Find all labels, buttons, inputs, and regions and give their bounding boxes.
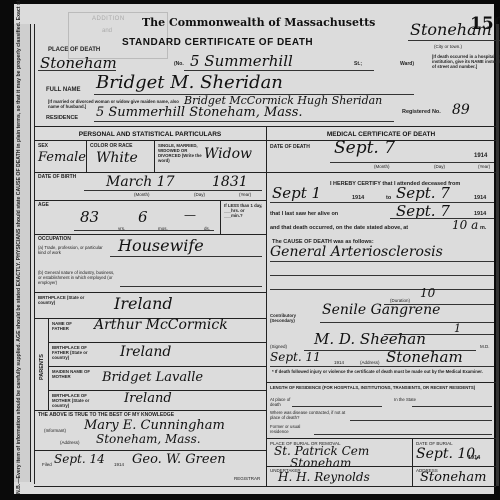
divider — [266, 172, 496, 173]
underline — [330, 162, 494, 163]
underline — [408, 40, 500, 41]
undertaker-value: H. H. Reynolds — [278, 470, 370, 484]
frame-left — [34, 24, 35, 484]
informant-label: (Informant) — [44, 428, 66, 434]
underline — [320, 322, 494, 323]
full-name-value: Bridget M. Sheridan — [96, 72, 283, 93]
underline — [184, 70, 374, 71]
underline — [270, 275, 494, 276]
addition-and: and — [102, 28, 112, 34]
mother-maiden-value: Bridget Lavalle — [102, 370, 203, 385]
attended-from-year: 1914 — [352, 196, 364, 202]
personal-heading: PERSONAL AND STATISTICAL PARTICULARS — [34, 131, 266, 138]
divider — [34, 200, 266, 201]
marital-label: SINGLE, MARRIED, WIDOWED OR DIVORCED (Wr… — [158, 143, 208, 163]
dob-caption-month: (Month) — [134, 192, 150, 198]
divider — [48, 342, 266, 343]
divider — [34, 172, 266, 173]
residence-length-label: LENGTH OF RESIDENCE (FOR HOSPITALS, INST… — [270, 385, 490, 390]
duration-years: 10 — [420, 286, 435, 300]
underline — [270, 366, 494, 367]
occupation-value: Housewife — [118, 236, 204, 255]
informant-address-value: Stoneham, Mass. — [96, 432, 201, 446]
divider — [34, 234, 266, 235]
column-divider — [266, 126, 267, 486]
divider — [266, 466, 496, 467]
registrar-name: Geo. W. Green — [132, 452, 226, 467]
underline — [390, 218, 494, 219]
margin-instructions: N.B.—Every item of information should be… — [16, 44, 22, 494]
divider — [48, 366, 266, 367]
divider — [34, 140, 266, 141]
dob-month-day: March 17 — [106, 174, 175, 190]
medical-heading: MEDICAL CERTIFICATE OF DEATH — [266, 131, 496, 138]
last-saw-year: 1914 — [474, 212, 486, 218]
md-suffix: M.D. — [480, 344, 490, 350]
signed-date: Sept. 11 — [270, 350, 321, 364]
attended-to: Sept. 7 — [396, 184, 450, 202]
contracted-label: Where was disease contracted, if not at … — [270, 410, 350, 420]
death-time-suffix: m. — [480, 226, 486, 232]
date-of-death-label: DATE OF DEATH — [270, 145, 310, 151]
color-label: COLOR OR RACE — [90, 144, 133, 150]
hospital-note: [If death occurred in a hospital or inst… — [432, 54, 500, 69]
registrar-label: REGISTRAR — [234, 476, 260, 482]
father-name-value: Arthur McCormick — [94, 317, 228, 333]
attended-from: Sept 1 — [272, 184, 321, 202]
underline — [110, 256, 262, 257]
divider — [266, 438, 496, 439]
divider — [154, 140, 155, 172]
to-label: to — [386, 196, 391, 202]
signed-year: 1914 — [334, 360, 344, 366]
attended-to-year: 1914 — [474, 196, 486, 202]
dob-caption-year: (Year) — [239, 192, 251, 198]
physician-address-label: (Address) — [360, 360, 380, 366]
number-label: (No. — [174, 62, 184, 68]
birthplace-label: BIRTHPLACE (State or country) — [38, 295, 88, 305]
divider — [34, 410, 266, 411]
residence-label: RESIDENCE — [46, 116, 78, 122]
death-occurred-label: and that death occurred, on the date sta… — [270, 226, 408, 232]
addition-stamp: ADDITION — [92, 16, 125, 22]
father-name-label: NAME OF FATHER — [52, 321, 84, 331]
in-state-label: In the State — [394, 397, 424, 402]
divider — [34, 450, 266, 451]
margin-strip: N.B.—Every item of information should be… — [14, 24, 31, 482]
divider — [34, 292, 266, 293]
st-label: St.; — [354, 62, 362, 68]
occupation-b-label: (b) General nature of industry, business… — [38, 270, 118, 285]
underline — [270, 261, 494, 262]
informant-address-label: (Address) — [60, 440, 80, 446]
death-time: 10 a — [452, 218, 478, 232]
full-name-label: FULL NAME — [46, 88, 81, 94]
mother-birthplace-value: Ireland — [124, 391, 172, 406]
death-certificate: N.B.—Every item of information should be… — [14, 4, 494, 494]
contributory-label: Contributory (Secondary) — [270, 313, 310, 323]
divider — [412, 438, 413, 486]
physician-address: Stoneham — [386, 348, 463, 366]
age-months: 6 — [138, 208, 148, 226]
contributory-value: Senile Gangrene — [322, 302, 440, 318]
city-caption: (City or town.) — [434, 44, 462, 50]
death-caption-year: (Year) — [478, 164, 490, 170]
sex-label: SEX — [38, 144, 48, 150]
marital-value: Widow — [204, 146, 252, 162]
certificate-form: ADDITION and The Commonwealth of Massach… — [34, 4, 494, 494]
death-caption-day: (Day) — [434, 164, 445, 170]
occupation-a-label: (a) Trade, profession, or particular kin… — [38, 245, 108, 255]
underline — [350, 420, 492, 421]
divider — [266, 382, 496, 383]
divider — [220, 200, 221, 234]
underline — [292, 406, 382, 407]
father-birthplace-label: BIRTHPLACE OF FATHER (State or country) — [52, 345, 102, 360]
filed-date: Sept. 14 — [54, 452, 105, 466]
age-label: AGE — [38, 203, 49, 209]
underline — [84, 190, 262, 191]
underline — [38, 70, 116, 71]
underline — [270, 289, 494, 290]
less-than-day: If LESS than 1 day, ___hrs. or ___min.? — [224, 203, 264, 218]
dob-caption-day: (Day) — [194, 192, 205, 198]
age-days: — — [184, 208, 196, 222]
underline — [412, 406, 492, 407]
dob-year: 1831 — [212, 174, 248, 190]
sex-value: Female — [38, 150, 86, 165]
registered-number: 89 — [452, 102, 470, 118]
mother-birthplace-label: BIRTHPLACE OF MOTHER (State or country) — [52, 393, 102, 408]
certificate-title: STANDARD CERTIFICATE OF DEATH — [122, 37, 313, 48]
residence-value: 5 Summerhill Stoneham, Mass. — [96, 105, 303, 120]
city-town: Stoneham — [410, 20, 492, 39]
underline — [270, 202, 494, 203]
father-birthplace-value: Ireland — [120, 344, 171, 360]
divider — [86, 140, 87, 172]
place-of-death-label: PLACE OF DEATH — [48, 48, 100, 54]
underline — [74, 230, 214, 231]
ward-label: Ward) — [400, 62, 414, 68]
registered-label: Registered No. — [402, 110, 441, 116]
informant-value: Mary E. Cunningham — [84, 418, 225, 433]
signed-label: (Signed) — [270, 344, 287, 350]
filed-year: 1914 — [114, 462, 124, 468]
birthplace-value: Ireland — [114, 294, 173, 313]
parents-side-label: PARENTS — [40, 354, 46, 380]
dob-label: DATE OF BIRTH — [38, 175, 76, 181]
commonwealth-title: The Commonwealth of Massachusetts — [142, 16, 375, 29]
former-residence-label: Former or usual residence — [270, 424, 310, 434]
death-caption-month: (Month) — [374, 164, 390, 170]
section-divider — [34, 126, 496, 127]
last-saw-label: that I last saw her alive on — [270, 212, 338, 218]
color-value: White — [96, 150, 138, 166]
undertaker-address: Stoneham — [420, 470, 486, 485]
date-of-death-year: 1914 — [474, 154, 487, 160]
divider — [48, 318, 49, 410]
filed-label: Filed — [42, 462, 52, 468]
age-years: 83 — [80, 208, 99, 226]
underline — [314, 434, 492, 435]
underline — [94, 121, 394, 122]
date-of-death-value: Sept. 7 — [334, 138, 395, 158]
injury-note: * If death followed injury or violence t… — [272, 369, 492, 374]
cause-value: General Arteriosclerosis — [270, 244, 443, 260]
burial-year: 1914 — [468, 456, 480, 462]
underline — [120, 286, 262, 287]
mother-maiden-label: MAIDEN NAME OF MOTHER — [52, 369, 102, 379]
bottom-border — [34, 486, 496, 487]
occupation-label: OCCUPATION — [38, 237, 71, 243]
frame-right — [496, 24, 499, 486]
place-of-death-street: 5 Summerhill — [190, 52, 293, 70]
physician-signature: M. D. Sheehan — [314, 330, 426, 348]
